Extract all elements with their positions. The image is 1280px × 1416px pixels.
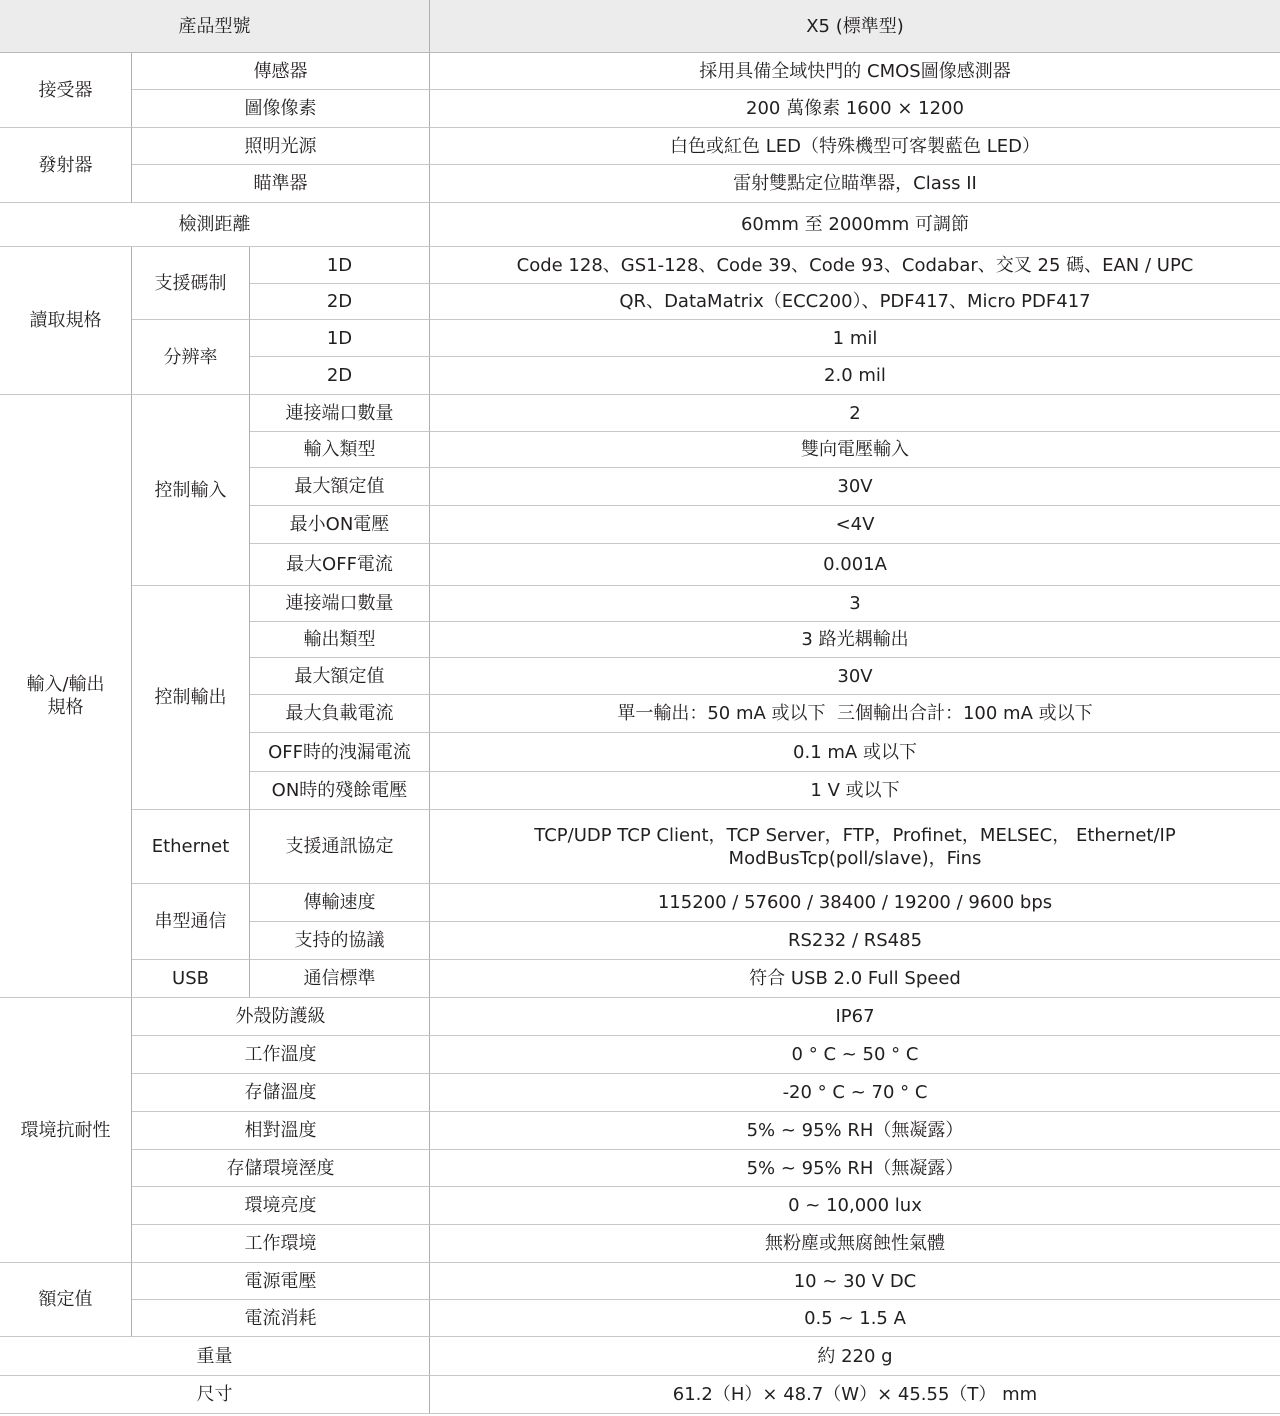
row-value: 0.1 mA 或以下 (430, 733, 1280, 772)
row-label: 最大負載電流 (250, 695, 430, 733)
row-label: 電流消耗 (132, 1300, 430, 1337)
row-label: 工作溫度 (132, 1036, 430, 1074)
row-value: 白色或紅色 LED（特殊機型可客製藍色 LED） (430, 128, 1280, 165)
row-label: 環境亮度 (132, 1187, 430, 1225)
protocols-line1: TCP/UDP TCP Client，TCP Server，FTP，Profin… (534, 824, 1175, 847)
section-io-line1: 輸入/輸出 (26, 673, 104, 696)
row-value: 200 萬像素 1600 × 1200 (430, 90, 1280, 128)
row-label: 外殼防護級 (132, 998, 430, 1036)
row-value: 符合 USB 2.0 Full Speed (430, 960, 1280, 998)
section-dimensions: 尺寸 (0, 1376, 430, 1414)
row-value: 2 (430, 395, 1280, 432)
row-label: 存儲溫度 (132, 1074, 430, 1112)
row-value: 無粉塵或無腐蝕性氣體 (430, 1225, 1280, 1263)
row-value: 60mm 至 2000mm 可調節 (430, 203, 1280, 247)
row-value: QR、DataMatrix（ECC200）、PDF417、Micro PDF41… (430, 284, 1280, 320)
section-io-line2: 規格 (48, 696, 84, 719)
section-environment: 環境抗耐性 (0, 998, 132, 1263)
row-label: 輸出類型 (250, 622, 430, 658)
row-value: 30V (430, 468, 1280, 506)
row-value: 30V (430, 658, 1280, 695)
row-value: -20 ° C ~ 70 ° C (430, 1074, 1280, 1112)
row-value: 115200 / 57600 / 38400 / 19200 / 9600 bp… (430, 884, 1280, 922)
section-distance: 檢測距離 (0, 203, 430, 247)
row-value: <4V (430, 506, 1280, 544)
section-emitter: 發射器 (0, 128, 132, 203)
row-value: 5% ~ 95% RH（無凝露） (430, 1150, 1280, 1187)
subsection-control-input: 控制輸入 (132, 395, 250, 586)
section-receiver: 接受器 (0, 53, 132, 128)
row-value: 5% ~ 95% RH（無凝露） (430, 1112, 1280, 1150)
row-label: 1D (250, 320, 430, 357)
row-label: 最大OFF電流 (250, 544, 430, 586)
row-label: 1D (250, 247, 430, 284)
spec-table: 產品型號 X5 (標準型) 接受器 傳感器 採用具備全域快門的 CMOS圖像感測… (0, 0, 1280, 1416)
row-value: 1 mil (430, 320, 1280, 357)
row-value: IP67 (430, 998, 1280, 1036)
header-model: X5 (標準型) (430, 0, 1280, 53)
row-label: 最大額定值 (250, 468, 430, 506)
row-label: 通信標準 (250, 960, 430, 998)
subsection-ethernet: Ethernet (132, 810, 250, 884)
row-label: 相對溫度 (132, 1112, 430, 1150)
protocols-line2: ModBusTcp(poll/slave)，Fins (729, 847, 982, 870)
subsection-serial: 串型通信 (132, 884, 250, 960)
row-value: 雷射雙點定位瞄準器，Class II (430, 165, 1280, 203)
section-weight: 重量 (0, 1337, 430, 1376)
section-io: 輸入/輸出 規格 (0, 395, 132, 998)
row-value: 採用具備全域快門的 CMOS圖像感測器 (430, 53, 1280, 90)
row-label: 連接端口數量 (250, 395, 430, 432)
row-label: 工作環境 (132, 1225, 430, 1263)
row-label: 2D (250, 284, 430, 320)
row-label: 輸入類型 (250, 432, 430, 468)
row-label: 連接端口數量 (250, 586, 430, 622)
row-label: 支持的協議 (250, 922, 430, 960)
row-value: 0.5 ~ 1.5 A (430, 1300, 1280, 1337)
row-label: 傳感器 (132, 53, 430, 90)
row-value: 61.2（H）× 48.7（W）× 45.55（T） mm (430, 1376, 1280, 1414)
row-label: 存儲環境溼度 (132, 1150, 430, 1187)
header-label: 產品型號 (0, 0, 430, 53)
row-label: 瞄準器 (132, 165, 430, 203)
row-value: 2.0 mil (430, 357, 1280, 395)
row-value: 約 220 g (430, 1337, 1280, 1376)
row-value: RS232 / RS485 (430, 922, 1280, 960)
row-label: 電源電壓 (132, 1263, 430, 1300)
row-value: Code 128、GS1-128、Code 39、Code 93、Codabar… (430, 247, 1280, 284)
row-value: 雙向電壓輸入 (430, 432, 1280, 468)
row-label: 圖像像素 (132, 90, 430, 128)
row-value: 1 V 或以下 (430, 772, 1280, 810)
subsection-symbologies: 支援碼制 (132, 247, 250, 320)
section-rating: 額定值 (0, 1263, 132, 1337)
row-label: 照明光源 (132, 128, 430, 165)
row-label: OFF時的洩漏電流 (250, 733, 430, 772)
row-value: 單一輸出：50 mA 或以下 三個輸出合計：100 mA 或以下 (430, 695, 1280, 733)
subsection-resolution: 分辨率 (132, 320, 250, 395)
row-value: 3 路光耦輸出 (430, 622, 1280, 658)
row-label: 傳輸速度 (250, 884, 430, 922)
row-value: 3 (430, 586, 1280, 622)
row-label: 最大額定值 (250, 658, 430, 695)
row-value: 0 ° C ~ 50 ° C (430, 1036, 1280, 1074)
row-value: 0 ~ 10,000 lux (430, 1187, 1280, 1225)
row-label: 最小ON電壓 (250, 506, 430, 544)
row-label: 2D (250, 357, 430, 395)
row-value: 10 ~ 30 V DC (430, 1263, 1280, 1300)
section-reading: 讀取規格 (0, 247, 132, 395)
row-label: ON時的殘餘電壓 (250, 772, 430, 810)
row-value: TCP/UDP TCP Client，TCP Server，FTP，Profin… (430, 810, 1280, 884)
row-value: 0.001A (430, 544, 1280, 586)
subsection-usb: USB (132, 960, 250, 998)
subsection-control-output: 控制輸出 (132, 586, 250, 810)
row-label: 支援通訊協定 (250, 810, 430, 884)
